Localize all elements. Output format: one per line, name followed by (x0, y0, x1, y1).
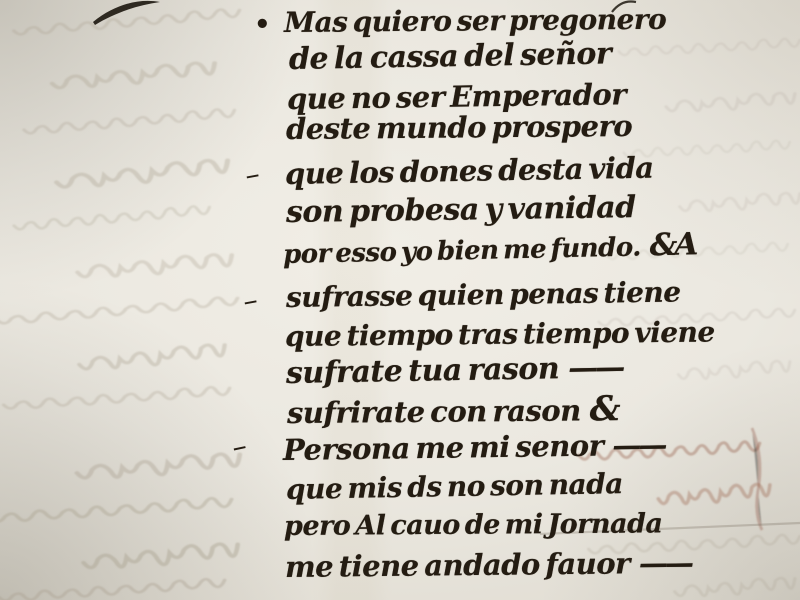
verse-line-7: por esso yo bien me fundo.&A (283, 226, 696, 271)
verse-line-4: deste mundo prospero (286, 109, 641, 146)
stanza-bullet-2: – (243, 165, 261, 187)
pen-stroke: —— (612, 428, 664, 463)
verse-line-2: de la cassa del señor (289, 36, 621, 77)
stanza-bullet-3: – (241, 291, 259, 313)
verse-line-1: Mas quiero ser pregonero (284, 3, 676, 39)
top-edge-flourish (93, 1, 160, 25)
pen-stroke: —— (568, 350, 623, 386)
manuscript-photo: • – – – Mas quiero ser pregonero de la c… (0, 0, 800, 600)
verse-line-6: son probesa y vanidad (286, 190, 645, 230)
verse-line-12: Persona me mi senor—— (283, 428, 665, 467)
verse-line-14: pero Al cauo de mi Jornada (284, 508, 672, 542)
pen-stroke: —— (639, 546, 691, 581)
pen-flourish: & (590, 389, 618, 429)
verse-line-15: me tiene andado fauor—— (285, 546, 691, 584)
verse-line-13: que mis ds no son nada (286, 467, 632, 506)
verse-line-10: sufrate tua rason—— (286, 350, 623, 391)
pen-flourish: &A (649, 226, 695, 263)
verse-line-8: sufrasse quien penas tiene (286, 275, 690, 314)
verse-line-9: que tiempo tras tiempo viene (285, 315, 724, 353)
verse-line-5: que los dones desta vida (285, 150, 663, 191)
stanza-bullet-4: – (230, 437, 249, 459)
verse-line-11: sufrirate con rason& (287, 389, 618, 432)
stanza-bullet-1: • (254, 10, 271, 40)
